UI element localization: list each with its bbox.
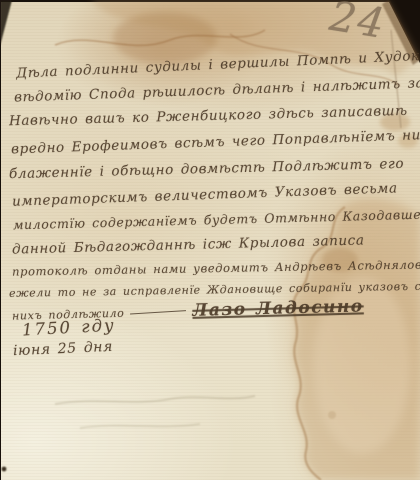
signature-flourish [130, 310, 186, 314]
page-number: 24 [327, 0, 390, 48]
manuscript-scan: 24 Дѣла подлинни судилы і вершилы Помпѣ … [0, 0, 420, 480]
